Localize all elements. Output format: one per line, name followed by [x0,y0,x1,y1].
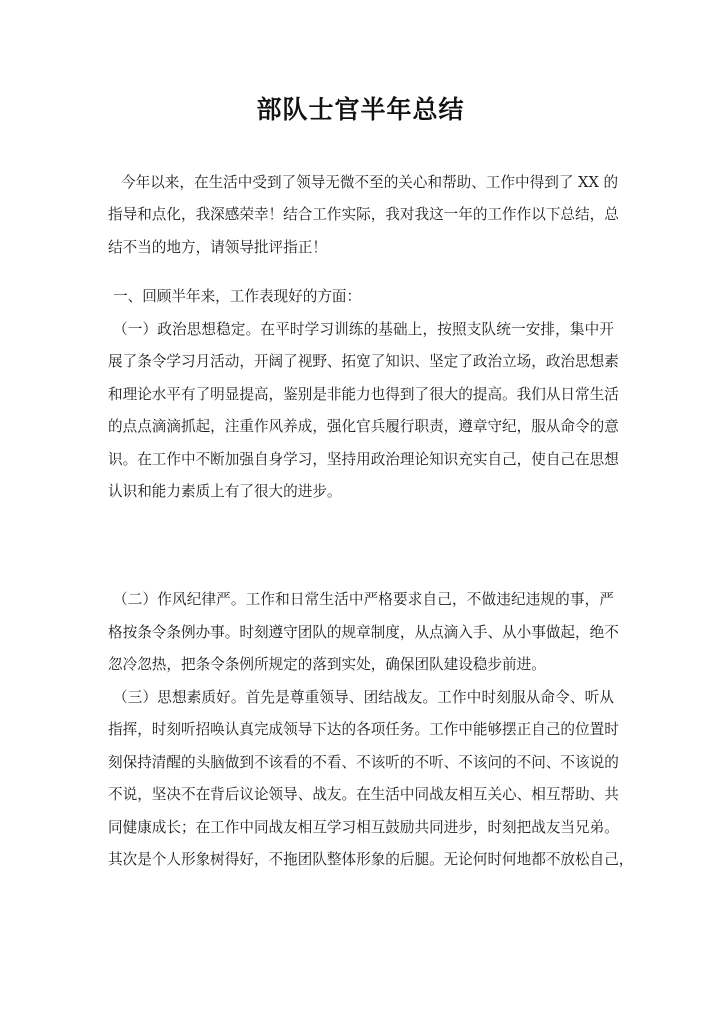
paragraph-line: 认识和能力素质上有了很大的进步。 [108,482,614,502]
paragraph-line: 同健康成长；在工作中同战友相互学习相互鼓励共同进步，时刻把战友当兄弟。 [108,818,614,838]
paragraph-line: 的点点滴滴抓起，注重作风养成，强化官兵履行职责，遵章守纪，服从命令的意 [108,417,614,437]
paragraph-line: 指导和点化，我深感荣幸！结合工作实际，我对我这一年的工作作以下总结，总 [108,205,614,225]
section-heading: 一、回顾半年来，工作表现好的方面： [113,287,614,307]
paragraph-line: 忽冷忽热，把条令条例所规定的落到实处，确保团队建设稳步前进。 [108,655,614,675]
paragraph-line: 格按条令条例办事。时刻遵守团队的规章制度，从点滴入手、从小事做起，绝不 [108,623,614,643]
paragraph-line: 和理论水平有了明显提高，鉴别是非能力也得到了很大的提高。我们从日常生活 [108,385,614,405]
paragraph-line: （一）政治思想稳定。在平时学习训练的基础上，按照支队统一安排，集中开 [113,320,614,340]
paragraph-line: 其次是个人形象树得好，不拖团队整体形象的后腿。无论何时何地都不放松自己， [108,850,614,870]
paragraph-line: 今年以来，在生活中受到了领导无微不至的关心和帮助、工作中得到了 XX 的 [121,173,614,193]
paragraph-line: 不说，坚决不在背后议论领导、战友。在生活中同战友相互关心、相互帮助、共 [108,785,614,805]
document-page: 部队士官半年总结 今年以来，在生活中受到了领导无微不至的关心和帮助、工作中得到了… [0,0,721,1020]
paragraph-line: （二）作风纪律严。工作和日常生活中严格要求自己，不做违纪违规的事，严 [113,590,614,610]
paragraph-line: （三）思想素质好。首先是尊重领导、团结战友。工作中时刻服从命令、听从 [113,688,614,708]
paragraph-line: 刻保持清醒的头脑做到不该看的不看、不该听的不听、不该问的不问、不该说的 [108,753,614,773]
paragraph-line: 结不当的地方，请领导批评指正！ [108,238,614,258]
document-title: 部队士官半年总结 [0,90,721,126]
paragraph-line: 识。在工作中不断加强自身学习，坚持用政治理论知识充实自己，使自己在思想 [108,450,614,470]
paragraph-line: 展了条令学习月活动，开阔了视野、拓宽了知识、坚定了政治立场，政治思想素 [108,352,614,372]
paragraph-line: 指挥，时刻听招唤认真完成领导下达的各项任务。工作中能够摆正自己的位置时 [108,720,614,740]
